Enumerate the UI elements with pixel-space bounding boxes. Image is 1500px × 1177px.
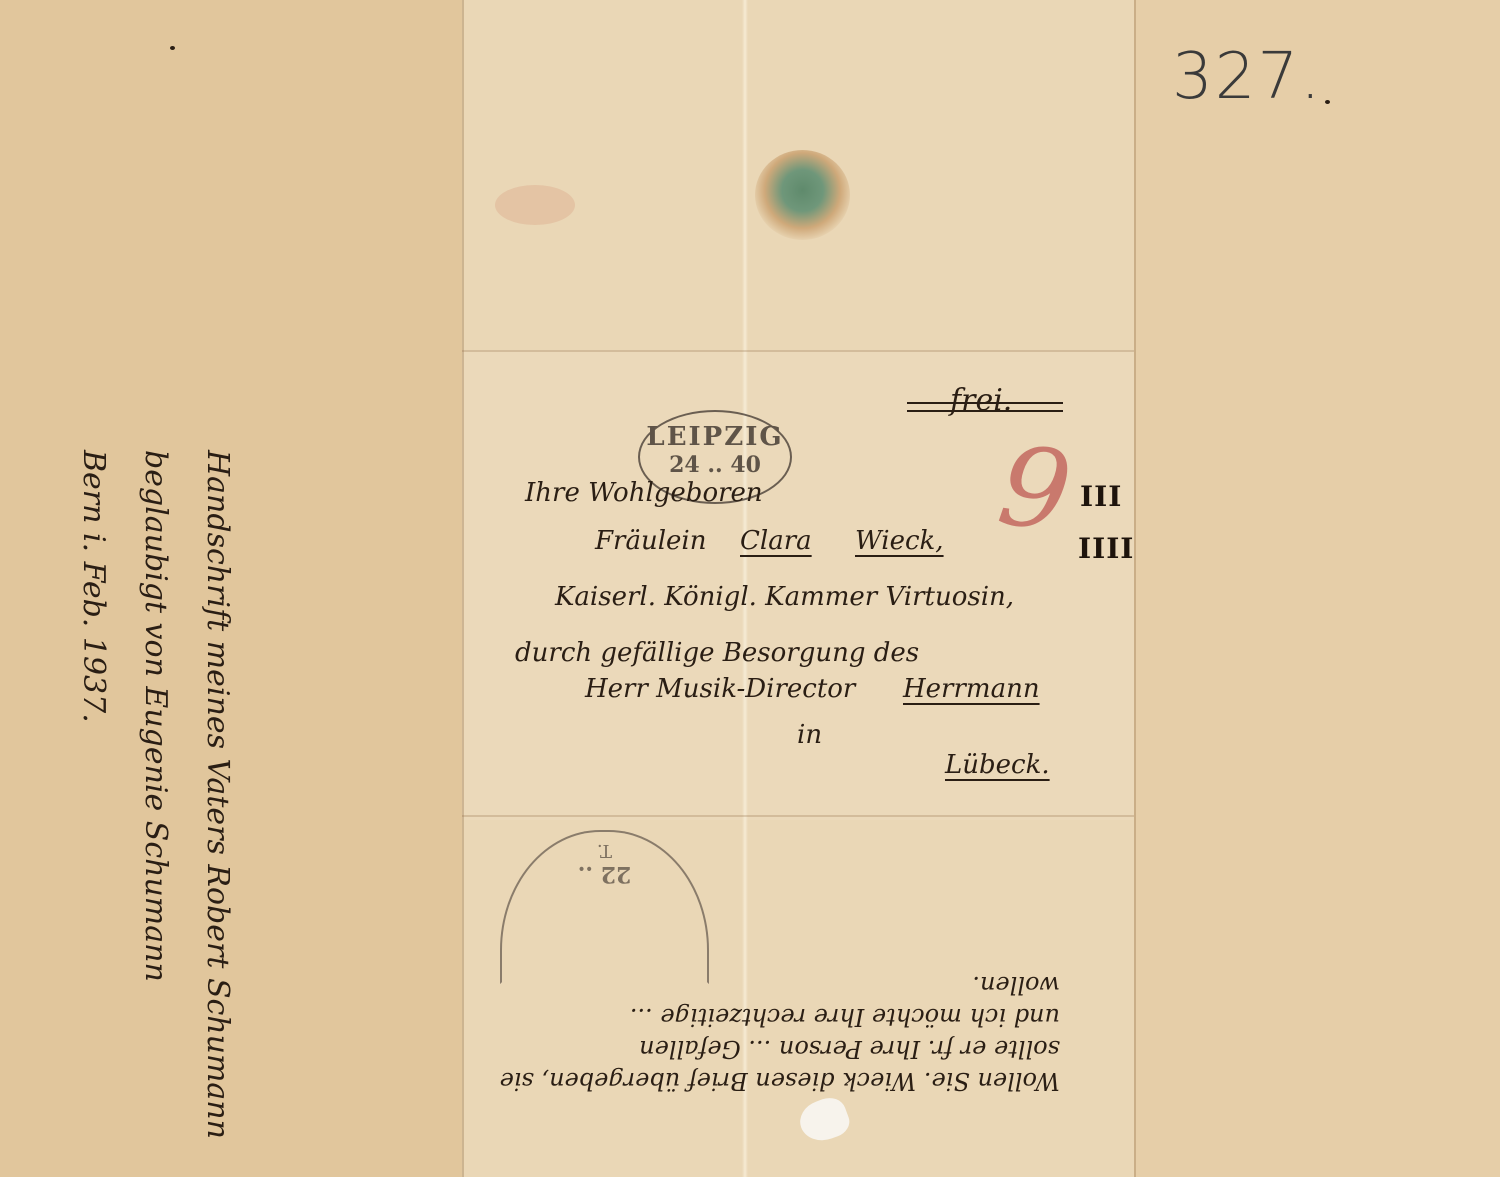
period-dot bbox=[1325, 100, 1330, 104]
postmark-arrival: 22 .. T. bbox=[500, 830, 709, 984]
fold-line-left bbox=[462, 0, 464, 1177]
address-care-of: durch gefällige Besorgung des bbox=[515, 638, 919, 668]
franking-note: frei. bbox=[950, 383, 1012, 418]
authentication-line-2: beglaubigt von Eugenie Schumann bbox=[111, 450, 173, 1110]
postmark-date: 24 .. 40 bbox=[640, 452, 790, 478]
stain bbox=[495, 185, 575, 225]
inverted-note: Wollen Sie. Wieck diesen Brief übergeben… bbox=[500, 965, 1060, 1095]
franking-underline-2 bbox=[907, 410, 1063, 412]
fold-line-bottom bbox=[462, 815, 1134, 817]
address-destination: Lübeck. bbox=[945, 750, 1050, 780]
inverted-line-1: Wollen Sie. Wieck diesen Brief übergeben… bbox=[500, 1063, 1060, 1095]
inverted-line-2: sollte er fr. Ihre Person ... Gefallen bbox=[500, 1031, 1060, 1063]
address-intermediary-name: Herrmann bbox=[903, 674, 1040, 704]
address-salutation: Ihre Wohlgeboren bbox=[525, 478, 763, 508]
tally-mark-2: IIII bbox=[1078, 532, 1134, 565]
address-recipient-first: Clara bbox=[740, 526, 812, 556]
fold-line-top bbox=[462, 350, 1134, 352]
inverted-line-3: und ich möchte Ihre rechtzeitige ... bbox=[500, 999, 1060, 1031]
wax-seal-remnant bbox=[755, 150, 850, 240]
address-recipient-title: Fräulein bbox=[595, 526, 706, 556]
address-preposition: in bbox=[797, 720, 822, 750]
authentication-line-1: Handschrift meines Vaters Robert Schuman… bbox=[173, 450, 235, 1110]
ink-spot bbox=[170, 46, 175, 50]
address-recipient-position: Kaiserl. Königl. Kammer Virtuosin, bbox=[555, 582, 1014, 612]
franking-underline-1 bbox=[907, 402, 1063, 404]
address-recipient-last: Wieck, bbox=[855, 526, 944, 556]
arrival-code: T. bbox=[502, 840, 707, 861]
fold-line-right bbox=[1134, 0, 1136, 1177]
arrival-date: 22 .. bbox=[502, 861, 707, 887]
right-panel bbox=[1134, 0, 1500, 1177]
postmark-city: LEIPZIG bbox=[640, 422, 790, 452]
address-intermediary-title: Herr Musik-Director bbox=[585, 674, 855, 704]
inverted-line-4: wollen. bbox=[500, 967, 1060, 999]
letter-sheet: 327. frei. 9 III IIII LEIPZIG 24 .. 40 I… bbox=[0, 0, 1500, 1177]
authentication-note: Handschrift meines Vaters Robert Schuman… bbox=[45, 450, 235, 1110]
authentication-line-3: Bern i. Feb. 1937. bbox=[49, 450, 111, 1110]
archive-number: 327. bbox=[1172, 40, 1323, 114]
tally-mark-1: III bbox=[1080, 480, 1122, 513]
